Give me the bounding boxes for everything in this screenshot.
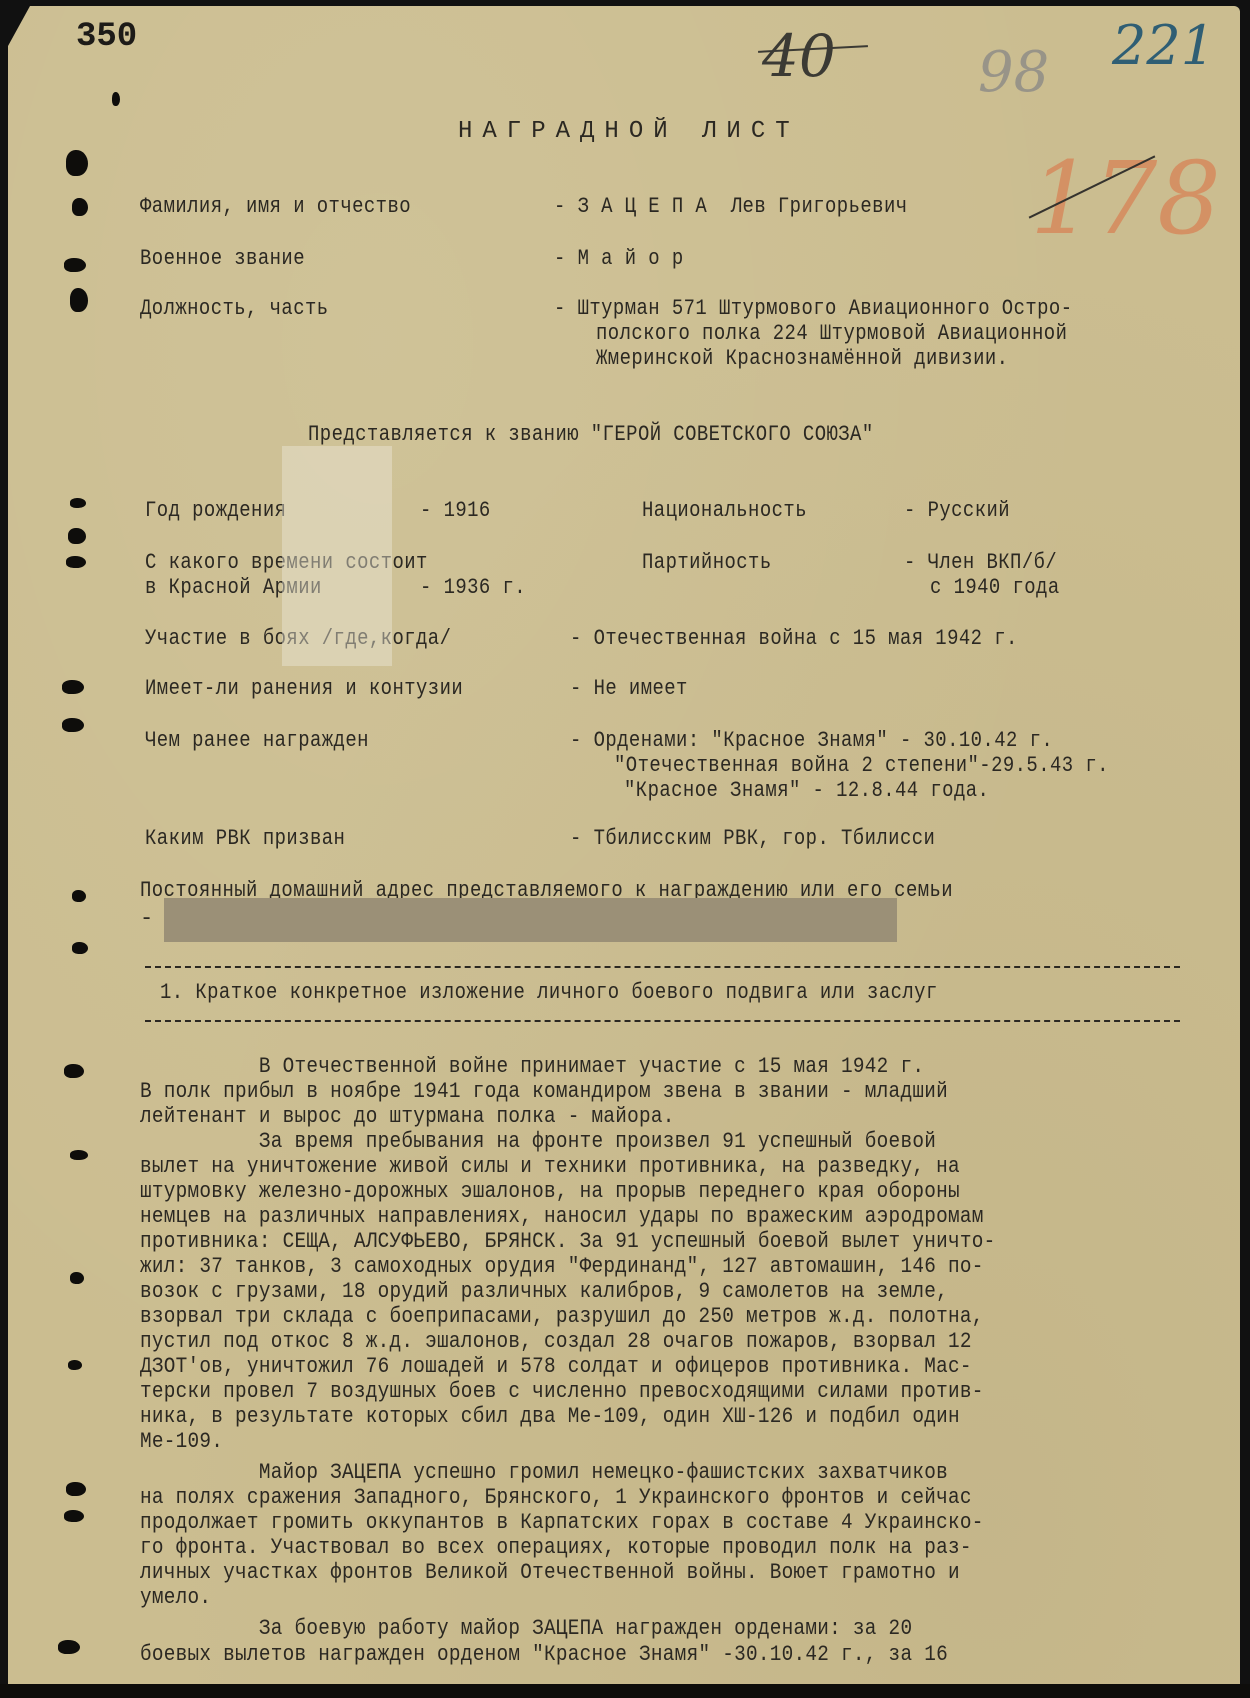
punch-hole [72, 942, 88, 954]
battles-value: - Отечественная война с 15 мая 1942 г. [570, 626, 1018, 651]
narrative-line: Ме-109. [140, 1429, 223, 1454]
narrative-line: В Отечественной войне принимает участие … [140, 1054, 924, 1079]
army-since-value: - 1936 г. [420, 575, 526, 600]
party-value-1: - Член ВКП/б/ [904, 550, 1057, 575]
punch-hole [66, 150, 88, 176]
narrative-line: жил: 37 танков, 3 самоходных орудия "Фер… [140, 1254, 984, 1279]
punch-hole [66, 556, 86, 568]
document-title: НАГРАДНОЙ ЛИСТ [458, 118, 800, 145]
narrative-line: вылет на уничтожение живой силы и техник… [140, 1154, 960, 1179]
tape-strip [282, 446, 392, 666]
narrative-line: го фронта. Участвовал во всех операциях,… [140, 1535, 972, 1560]
section-heading: 1. Краткое конкретное изложение личного … [160, 980, 938, 1005]
punch-hole [68, 1360, 82, 1370]
narrative-line: взорвал три склада с боеприпасами, разру… [140, 1304, 984, 1329]
punch-hole [70, 1272, 84, 1284]
narrative-line: продолжает громить оккупантов в Карпатск… [140, 1510, 984, 1535]
page-edge-shadow [0, 1684, 1250, 1698]
narrative-line: штурмовку железно-дорожных эшалонов, на … [140, 1179, 960, 1204]
nationality-value: - Русский [904, 498, 1010, 523]
punch-hole [64, 1510, 84, 1522]
field-value-name: - З А Ц Е П А Лев Григорьевич [554, 194, 908, 219]
wounds-value: - Не имеет [570, 676, 688, 701]
punch-hole [72, 890, 86, 902]
handwritten-blue-number: 221 [1112, 14, 1215, 77]
narrative-line: терски провел 7 воздушных боев с численн… [140, 1379, 984, 1404]
punch-hole [66, 1482, 86, 1496]
nationality-label: Национальность [642, 498, 807, 523]
address-redaction [164, 898, 897, 942]
punch-hole [72, 198, 88, 216]
field-value-position-line3: Жмеринской Краснознамённой дивизии. [596, 346, 1008, 371]
narrative-line: противника: СЕЩА, АЛСУФЬЕВО, БРЯНСК. За … [140, 1229, 995, 1254]
narrative-line: За боевую работу майор ЗАЦЕПА награжден … [140, 1616, 912, 1641]
handwritten-red-mark: 178 [1030, 140, 1221, 257]
field-value-position-line2: полского полка 224 Штурмовой Авиационной [596, 321, 1067, 346]
page-number-stamp: 350 [76, 18, 137, 56]
punch-hole [64, 258, 86, 272]
narrative-line: личных участках фронтов Великой Отечеств… [140, 1560, 960, 1585]
narrative-line: возок с грузами, 18 орудий различных кал… [140, 1279, 948, 1304]
party-value-2: с 1940 года [930, 575, 1060, 600]
birth-year-label: Год рождения [145, 498, 286, 523]
rvk-label: Каким РВК призван [145, 826, 345, 851]
rvk-value: - Тбилисским РВК, гор. Тбилисси [570, 826, 935, 851]
field-label-position: Должность, часть [140, 296, 329, 321]
field-value-position: - Штурман 571 Штурмового Авиационного Ос… [554, 296, 1072, 321]
narrative-line: пустил под откос 8 ж.д. эшалонов, создал… [140, 1329, 972, 1354]
field-value-rank: - М а й о р [554, 246, 684, 271]
punch-hole [64, 1064, 84, 1078]
prior-awards-value-1: - Орденами: "Красное Знамя" - 30.10.42 г… [570, 728, 1053, 753]
narrative-line: Майор ЗАЦЕПА успешно громил немецко-фаши… [140, 1460, 948, 1485]
address-dash: - [140, 906, 154, 931]
narrative-line: За время пребывания на фронте произвел 9… [140, 1129, 936, 1154]
narrative-line: В полк прибыл в ноябре 1941 года команди… [140, 1079, 948, 1104]
punch-hole [62, 718, 84, 732]
punch-hole [58, 1640, 80, 1654]
field-label-name: Фамилия, имя и отчество [140, 194, 411, 219]
narrative-line: умело. [140, 1585, 211, 1610]
page-corner [8, 6, 30, 46]
punch-hole [70, 288, 88, 312]
narrative-line: боевых вылетов награжден орденом "Красно… [140, 1642, 948, 1667]
punch-hole [70, 1150, 88, 1160]
punch-hole [62, 680, 84, 694]
punch-hole [70, 498, 86, 508]
handwritten-pencil-mark: 98 [978, 40, 1049, 105]
nomination-line: Представляется к званию "ГЕРОЙ СОВЕТСКОГ… [308, 422, 874, 447]
prior-awards-value-2: "Отечественная война 2 степени"-29.5.43 … [614, 753, 1109, 778]
divider-dashed [145, 1020, 1180, 1022]
field-label-rank: Военное звание [140, 246, 305, 271]
handwritten-struck-number: 40 [762, 22, 836, 90]
birth-year-value: - 1916 [420, 498, 491, 523]
narrative-line: немцев на различных направлениях, наноси… [140, 1204, 984, 1229]
punch-hole [68, 528, 86, 544]
narrative-line: на полях сражения Западного, Брянского, … [140, 1485, 972, 1510]
narrative-line: лейтенант и вырос до штурмана полка - ма… [140, 1104, 675, 1129]
divider-dashed [145, 966, 1180, 968]
party-label: Партийность [642, 550, 772, 575]
narrative-line: ДЗОТ'ов, уничтожил 76 лошадей и 578 солд… [140, 1354, 972, 1379]
narrative-line: ника, в результате которых сбил два Ме-1… [140, 1404, 960, 1429]
prior-awards-label: Чем ранее награжден [145, 728, 369, 753]
punch-hole [112, 92, 120, 106]
wounds-label: Имеет-ли ранения и контузии [145, 676, 463, 701]
prior-awards-value-3: "Красное Знамя" - 12.8.44 года. [624, 778, 989, 803]
